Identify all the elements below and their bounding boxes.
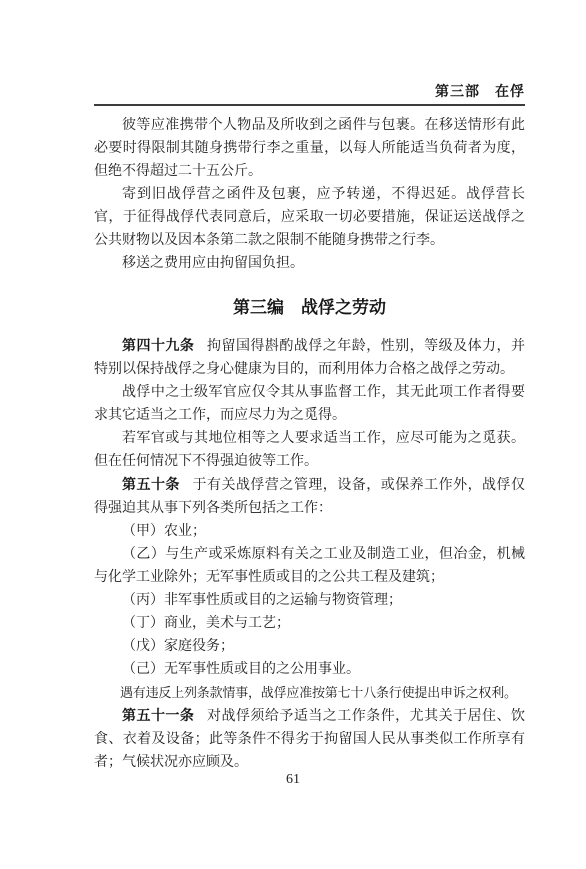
paragraph-article-49: 第四十九条拘留国得斟酌战俘之年龄，性别，等级及体力，并特别以保持战俘之身心健康为… bbox=[94, 334, 525, 381]
paragraph: 移送之费用应由拘留国负担。 bbox=[94, 252, 525, 275]
paragraph-text: （戊）家庭役务； bbox=[122, 639, 234, 654]
paragraph-text: （丁）商业，美术与工艺； bbox=[122, 616, 290, 631]
running-header: 第三部 在俘 bbox=[94, 81, 525, 101]
paragraph-text: （己）无军事性质或目的之公用事业。 bbox=[122, 662, 360, 677]
paragraph-text: （丙）非军事性质或目的之运输与物资管理； bbox=[122, 593, 402, 608]
paragraph: 若军官或与其地位相等之人要求适当工作，应尽可能为之觅获。但在任何情况下不得强迫彼… bbox=[94, 427, 525, 473]
running-header-text: 第三部 在俘 bbox=[435, 83, 525, 99]
paragraph-text: 若军官或与其地位相等之人要求适当工作，应尽可能为之觅获。但在任何情况下不得强迫彼… bbox=[94, 431, 525, 469]
article-number: 第五十一条 bbox=[122, 707, 194, 723]
paragraph-article-51: 第五十一条对战俘须给予适当之工作条件，尤其关于居住、饮食、衣着及设备；此等条件不… bbox=[94, 704, 525, 774]
page-content: 彼等应准携带个人物品及所收到之函件与包裹。在移送情形有此必要时得限制其随身携带行… bbox=[94, 114, 525, 774]
paragraph-text: 移送之费用应由拘留国负担。 bbox=[122, 256, 304, 271]
section-heading: 第三编 战俘之劳动 bbox=[94, 296, 525, 320]
paragraph: 彼等应准携带个人物品及所收到之函件与包裹。在移送情形有此必要时得限制其随身携带行… bbox=[94, 114, 525, 183]
paragraph-text: 彼等应准携带个人物品及所收到之函件与包裹。在移送情形有此必要时得限制其随身携带行… bbox=[94, 118, 525, 179]
document-page: 第三部 在俘 彼等应准携带个人物品及所收到之函件与包裹。在移送情形有此必要时得限… bbox=[0, 0, 586, 869]
paragraph-text: 遇有违反上列条款情事，战俘应准按第七十八条行使提出申诉之权利。 bbox=[120, 685, 517, 700]
paragraph-text: 寄到旧战俘营之函件及包裹，应予转递，不得迟延。战俘营长官，于征得战俘代表同意后，… bbox=[94, 187, 525, 248]
list-item-jia: （甲）农业； bbox=[94, 520, 525, 543]
paragraph-text: 战俘中之士级军官应仅令其从事监督工作，其无此项工作者得要求其它适当之工作，而应尽… bbox=[94, 385, 525, 423]
paragraph: 寄到旧战俘营之函件及包裹，应予转递，不得迟延。战俘营长官，于征得战俘代表同意后，… bbox=[94, 183, 525, 252]
paragraph-text: （甲）农业； bbox=[122, 524, 206, 539]
list-item-yi: （乙）与生产或采炼原料有关之工业及制造工业，但冶金，机械与化学工业除外；无军事性… bbox=[94, 543, 525, 589]
list-item-bing: （丙）非军事性质或目的之运输与物资管理； bbox=[94, 589, 525, 612]
article-number: 第四十九条 bbox=[122, 337, 194, 353]
article-number: 第五十条 bbox=[122, 476, 180, 492]
header-rule bbox=[94, 104, 525, 106]
list-item-ji: （己）无军事性质或目的之公用事业。 bbox=[94, 658, 525, 681]
paragraph: 遇有违反上列条款情事，战俘应准按第七十八条行使提出申诉之权利。 bbox=[94, 681, 525, 704]
page-number: 61 bbox=[0, 772, 586, 788]
section-heading-text: 第三编 战俘之劳动 bbox=[233, 298, 386, 317]
paragraph-article-50: 第五十条于有关战俘营之管理，设备，或保养工作外，战俘仅得强迫其从事下列各类所包括… bbox=[94, 473, 525, 520]
list-item-ding: （丁）商业，美术与工艺； bbox=[94, 612, 525, 635]
list-item-wu: （戊）家庭役务； bbox=[94, 635, 525, 658]
paragraph-text: （乙）与生产或采炼原料有关之工业及制造工业，但冶金，机械与化学工业除外；无军事性… bbox=[94, 547, 525, 585]
paragraph: 战俘中之士级军官应仅令其从事监督工作，其无此项工作者得要求其它适当之工作，而应尽… bbox=[94, 381, 525, 427]
